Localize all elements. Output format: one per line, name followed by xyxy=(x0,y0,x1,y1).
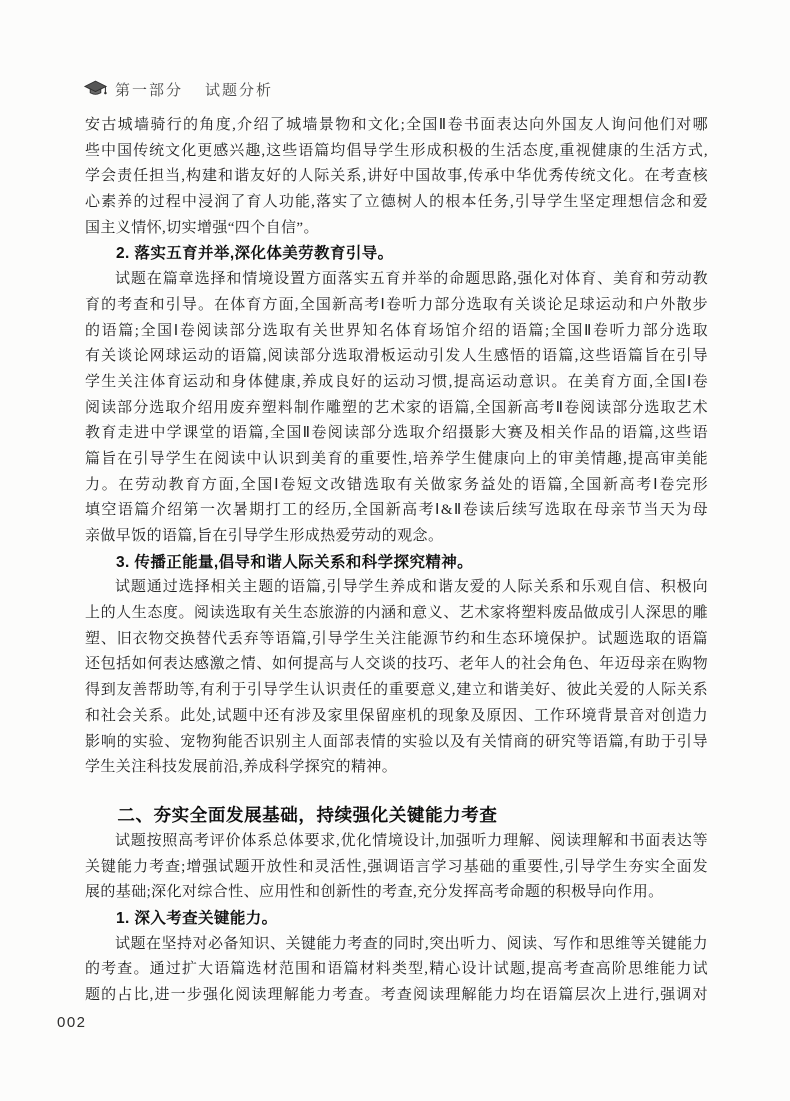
section-heading: 二、夯实全面发展基础，持续强化关键能力考查 xyxy=(85,802,708,829)
paragraph: 试题在篇章选择和情境设置方面落实五育并举的命题思路,强化对体育、美育和劳动教育的… xyxy=(85,267,708,550)
text-line: 得到友善帮助等,有利于引导学生认识责任的重要意义,建立和谐美好、彼此关爱的人际关… xyxy=(85,678,708,704)
text-line: 的考查。通过扩大语篇选材范围和语篇材料类型,精心设计试题,提高考查高阶思维能力试 xyxy=(85,957,708,983)
graduation-cap-icon xyxy=(84,80,107,99)
text-line: 力。在劳动教育方面,全国Ⅰ卷短文改错选取有关做家务益处的语篇,全国新高考Ⅰ卷完形 xyxy=(85,473,708,499)
text-line: 些中国传统文化更感兴趣,这些语篇均倡导学生形成积极的生活态度,重视健康的生活方式… xyxy=(85,139,708,165)
text-line: 塑、旧衣物交换替代丢弃等语篇,引导学生关注能源节约和生态环境保护。试题选取的语篇 xyxy=(85,627,708,653)
text-line: 亲做早饭的语篇,旨在引导学生形成热爱劳动的观念。 xyxy=(85,524,708,550)
book-page: 第一部分 试题分析 安古城墙骑行的角度,介绍了城墙景物和文化;全国Ⅱ卷书面表达向… xyxy=(0,0,790,1101)
paragraph: 安古城墙骑行的角度,介绍了城墙景物和文化;全国Ⅱ卷书面表达向外国友人询问他们对哪… xyxy=(85,113,708,241)
text-line: 和社会关系。此处,试题中还有涉及家里保留座机的现象及原因、工作环境背景音对创造力 xyxy=(85,704,708,730)
paragraph: 试题在坚持对必备知识、关键能力考查的同时,突出听力、阅读、写作和思维等关键能力的… xyxy=(85,932,708,1009)
text-line: 试题按照高考评价体系总体要求,优化情境设计,加强听力理解、阅读理解和书面表达等 xyxy=(85,829,708,855)
text-line: 关键能力考查;增强试题开放性和灵活性,强调语言学习基础的重要性,引导学生夯实全面… xyxy=(85,855,708,881)
page-number: 002 xyxy=(57,1014,87,1031)
running-head-part-label: 第一部分 xyxy=(115,79,183,100)
text-line: 的语篇;全国Ⅰ卷阅读部分选取有关世界知名体育场馆介绍的语篇;全国Ⅱ卷听力部分选取 xyxy=(85,319,708,345)
text-line: 安古城墙骑行的角度,介绍了城墙景物和文化;全国Ⅱ卷书面表达向外国友人询问他们对哪 xyxy=(85,113,708,139)
text-line: 试题通过选择相关主题的语篇,引导学生养成和谐友爱的人际关系和乐观自信、积极向 xyxy=(85,575,708,601)
text-line: 试题在坚持对必备知识、关键能力考查的同时,突出听力、阅读、写作和思维等关键能力 xyxy=(85,932,708,958)
text-line: 题的占比,进一步强化阅读理解能力考查。考查阅读理解能力均在语篇层次上进行,强调对 xyxy=(85,983,708,1009)
text-line: 学生关注科技发展前沿,养成科学探究的精神。 xyxy=(85,755,708,781)
paragraph: 试题按照高考评价体系总体要求,优化情境设计,加强听力理解、阅读理解和书面表达等关… xyxy=(85,829,708,906)
text-line: 阅读部分选取介绍用废弃塑料制作雕塑的艺术家的语篇,全国新高考Ⅱ卷阅读部分选取艺术 xyxy=(85,396,708,422)
sub-heading: 2. 落实五育并举,深化体美劳教育引导。 xyxy=(85,241,708,267)
text-line: 试题在篇章选择和情境设置方面落实五育并举的命题思路,强化对体育、美育和劳动教 xyxy=(85,267,708,293)
page-body: 安古城墙骑行的角度,介绍了城墙景物和文化;全国Ⅱ卷书面表达向外国友人询问他们对哪… xyxy=(85,113,708,1009)
text-line: 篇旨在引导学生在阅读中认识到美育的重要性,培养学生健康向上的审美情趣,提高审美能 xyxy=(85,447,708,473)
text-line: 填空语篇介绍第一次暑期打工的经历,全国新高考Ⅰ&Ⅱ卷读后续写选取在母亲节当天为母 xyxy=(85,498,708,524)
text-line: 育的考查和引导。在体育方面,全国新高考Ⅰ卷听力部分选取有关谈论足球运动和户外散步 xyxy=(85,293,708,319)
running-head-section-label: 试题分析 xyxy=(205,79,273,100)
text-line: 国主义情怀,切实增强“四个自信”。 xyxy=(85,216,708,242)
text-line: 学生关注体育运动和身体健康,养成良好的运动习惯,提高运动意识。在美育方面,全国Ⅰ… xyxy=(85,370,708,396)
sub-heading: 3. 传播正能量,倡导和谐人际关系和科学探究精神。 xyxy=(85,550,708,576)
text-line: 展的基础;深化对综合性、应用性和创新性的考查,充分发挥高考命题的积极导向作用。 xyxy=(85,880,708,906)
text-line: 心素养的过程中浸润了育人功能,落实了立德树人的根本任务,引导学生坚定理想信念和爱 xyxy=(85,190,708,216)
sub-heading: 1. 深入考查关键能力。 xyxy=(85,906,708,932)
text-line: 学会责任担当,构建和谐友好的人际关系,讲好中国故事,传承中华优秀传统文化。在考查… xyxy=(85,164,708,190)
text-line: 有关谈论网球运动的语篇,阅读部分选取滑板运动引发人生感悟的语篇,这些语篇旨在引导 xyxy=(85,344,708,370)
text-line: 影响的实验、宠物狗能否识别主人面部表情的实验以及有关情商的研究等语篇,有助于引导 xyxy=(85,730,708,756)
text-line: 上的人生态度。阅读选取有关生态旅游的内涵和意义、艺术家将塑料废品做成引人深思的雕 xyxy=(85,601,708,627)
running-head: 第一部分 试题分析 xyxy=(84,78,273,100)
paragraph: 试题通过选择相关主题的语篇,引导学生养成和谐友爱的人际关系和乐观自信、积极向上的… xyxy=(85,575,708,781)
text-line: 还包括如何表达感激之情、如何提高与人交谈的技巧、老年人的社会角色、年迈母亲在购物… xyxy=(85,652,708,678)
text-line: 教育走进中学课堂的语篇,全国Ⅱ卷阅读部分选取介绍摄影大赛及相关作品的语篇,这些语 xyxy=(85,421,708,447)
